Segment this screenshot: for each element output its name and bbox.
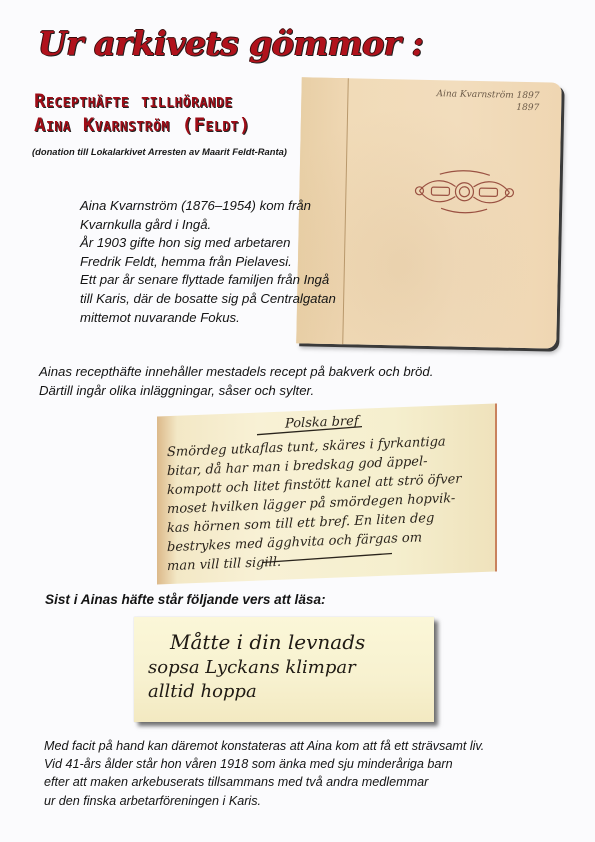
verse-line: alltid hoppa — [148, 681, 257, 702]
heading-line: Aina Kvarnström (Feldt) — [34, 113, 251, 137]
handwritten-recipe: Polska bref Smördeg utkaflas tunt, skäre… — [157, 404, 495, 585]
verse-page-photo: Måtte i din levnads sopsa Lyckans klimpa… — [134, 617, 434, 722]
signature-line: 1897 — [436, 100, 539, 114]
book-cover-photo: Aina Kvarnström 1897 1897 — [296, 77, 562, 348]
verse-line: sopsa Lyckans klimpar — [148, 657, 357, 678]
conclusion-paragraph: Med facit på hand kan däremot konstatera… — [44, 737, 484, 810]
bio-line: Ett par år senare flyttade familjen från… — [80, 271, 336, 290]
bio-line: Kvarnkulla gård i Ingå. — [80, 216, 336, 235]
document-heading: Recepthäfte tillhörande Aina Kvarnström … — [34, 89, 251, 137]
recipe-line: man vill till sigill. — [167, 555, 281, 574]
book-signature: Aina Kvarnström 1897 1897 — [436, 88, 539, 114]
bio-line: till Karis, där de bosatte sig på Centra… — [80, 290, 336, 309]
conclusion-line: efter att maken arkebuserats tillsammans… — [44, 773, 484, 791]
heading-line: Recepthäfte tillhörande — [34, 89, 251, 113]
intro-line: Ainas recepthäfte innehåller mestadels r… — [39, 363, 433, 382]
donation-note: (donation till Lokalarkivet Arresten av … — [32, 146, 287, 157]
recipe-page-photo: Polska bref Smördeg utkaflas tunt, skäre… — [157, 403, 497, 584]
ornament-emblem-icon — [409, 168, 520, 216]
handwritten-verse: Måtte i din levnads sopsa Lyckans klimpa… — [134, 617, 434, 722]
recipe-heading: Polska bref — [284, 414, 361, 432]
bio-line: mittemot nuvarande Fokus. — [80, 309, 336, 328]
signature-line: Aina Kvarnström 1897 — [436, 88, 539, 102]
conclusion-line: Vid 41-års ålder står hon våren 1918 som… — [44, 755, 484, 773]
conclusion-line: Med facit på hand kan däremot konstatera… — [44, 737, 484, 755]
conclusion-line: ur den finska arbetarföreningen i Karis. — [44, 792, 484, 810]
intro-line: Därtill ingår olika inläggningar, såser … — [39, 382, 433, 401]
page-title: Ur arkivets gömmor : — [38, 24, 423, 63]
bio-line: Fredrik Feldt, hemma från Pielavesi. — [80, 253, 336, 272]
bio-line: Aina Kvarnström (1876–1954) kom från — [80, 197, 336, 216]
intro-paragraph: Ainas recepthäfte innehåller mestadels r… — [39, 363, 433, 400]
verse-line: Måtte i din levnads — [169, 630, 365, 654]
bio-paragraph: Aina Kvarnström (1876–1954) kom från Kva… — [80, 197, 336, 327]
verse-intro: Sist i Ainas häfte står följande vers at… — [45, 591, 326, 610]
bio-line: År 1903 gifte hon sig med arbetaren — [80, 234, 336, 253]
